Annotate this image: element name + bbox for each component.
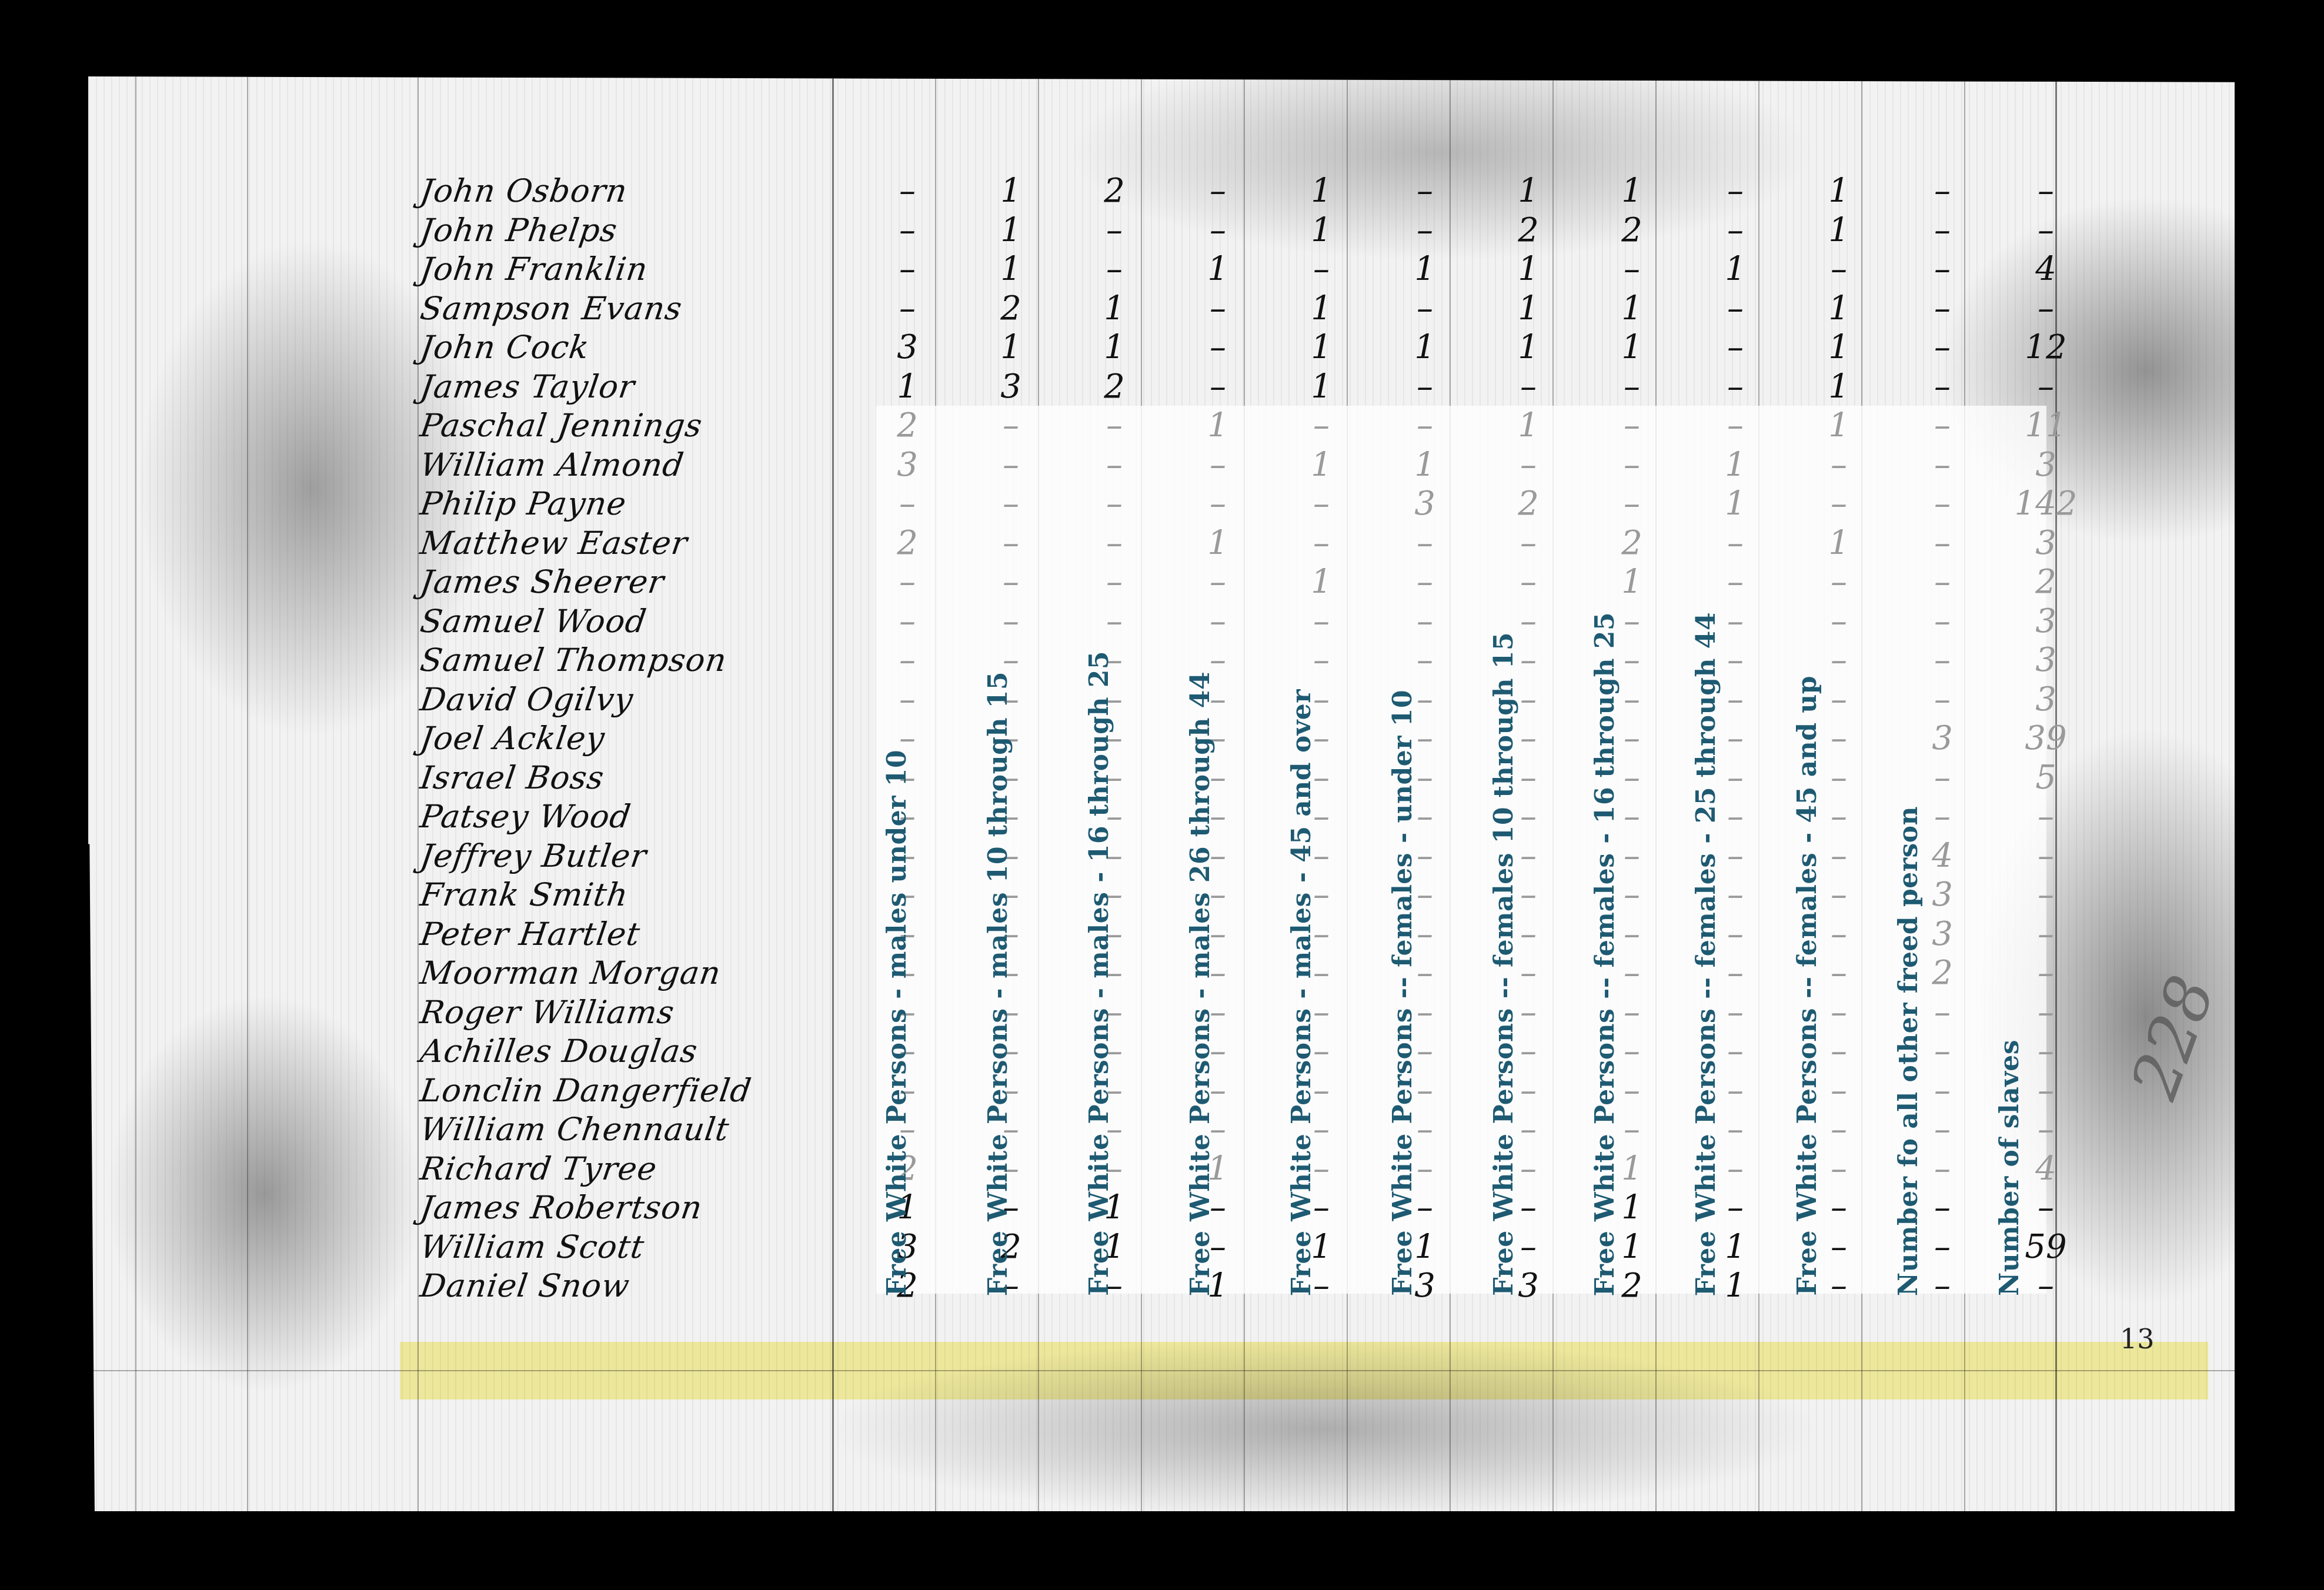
tally-cell: 1 [1684, 250, 1787, 289]
tally-cell: – [1787, 250, 1891, 289]
tally-cell: 3 [856, 446, 959, 485]
tally-cell: – [1270, 993, 1373, 1033]
tally-cell: 3 [1994, 446, 2098, 485]
tally-cell: – [1063, 641, 1166, 680]
tally-cell: 1 [1166, 250, 1270, 289]
tally-cell: – [1684, 211, 1787, 250]
tally-cell: 1 [959, 211, 1063, 250]
tally-cell: – [856, 485, 959, 524]
tally-cell: – [856, 211, 959, 250]
tally-cell: – [1166, 289, 1270, 329]
tally-cell: – [1166, 797, 1270, 837]
column-label: Free White Persons - males - 16 through … [1084, 651, 1114, 1296]
tally-cell: – [1166, 719, 1270, 759]
tally-cell: – [1166, 602, 1270, 642]
household-name: Patsey Wood [418, 797, 754, 837]
household-name: Moorman Morgan [418, 954, 754, 993]
tally-cell: – [1891, 328, 1994, 368]
tally-cell: – [1580, 446, 1684, 485]
tally-cell: – [1166, 1110, 1270, 1150]
tally-cell: – [1373, 641, 1477, 680]
tally-cell: – [1063, 1267, 1166, 1306]
tally-cell: 1 [1373, 250, 1477, 289]
tally-cell: 1 [1063, 1188, 1166, 1228]
tally-cell: – [1270, 954, 1373, 993]
tally-cell: 1 [1787, 368, 1891, 407]
tally-cell: – [1166, 485, 1270, 524]
tally-cell: 1 [1580, 328, 1684, 368]
household-name: Daniel Snow [418, 1267, 754, 1306]
tally-cell: 1 [1166, 1267, 1270, 1306]
tally-cell: 2 [1580, 524, 1684, 563]
tally-cell: – [1063, 211, 1166, 250]
tally-cell: – [1270, 1032, 1373, 1071]
tally-cell: – [1787, 641, 1891, 680]
tally-cell: 1 [1063, 1228, 1166, 1267]
tally-cell: – [1063, 602, 1166, 642]
tally-cell: 1 [1580, 289, 1684, 329]
tally-cell: 1 [1270, 328, 1373, 368]
tally-cell: 1 [1787, 524, 1891, 563]
tally-cell: 3 [1891, 719, 1994, 759]
tally-cell: 12 [1994, 328, 2098, 368]
household-name: John Franklin [418, 250, 754, 289]
tally-cell: 3 [1994, 524, 2098, 563]
tally-cell: 1 [1063, 328, 1166, 368]
tally-cell: – [856, 641, 959, 680]
tally-cell: 1 [1166, 524, 1270, 563]
tally-cell: – [856, 250, 959, 289]
tally-cell: 1 [1477, 406, 1580, 446]
tally-cell: 1 [1787, 328, 1891, 368]
tally-cell: – [959, 524, 1063, 563]
tally-cell: 2 [1477, 211, 1580, 250]
tally-cell: 1 [1477, 328, 1580, 368]
tally-cell: – [959, 446, 1063, 485]
tally-cell: 2 [1994, 563, 2098, 602]
tally-cell: – [959, 563, 1063, 602]
tally-cell: – [1373, 563, 1477, 602]
tally-cell: 2 [856, 406, 959, 446]
tally-cell: – [1166, 211, 1270, 250]
tally-cell: – [1270, 759, 1373, 798]
tally-cell: – [1270, 1110, 1373, 1150]
scanned-document: John OsbornJohn PhelpsJohn FranklinSamps… [0, 0, 2324, 1590]
tally-cell: – [1166, 876, 1270, 915]
household-names: John OsbornJohn PhelpsJohn FranklinSamps… [420, 172, 752, 1306]
tally-cell: – [1891, 524, 1994, 563]
tally-cell: – [1891, 680, 1994, 720]
tally-cell: – [1891, 563, 1994, 602]
tally-cell: – [1891, 368, 1994, 407]
tally-cell: 1 [1270, 563, 1373, 602]
table-row: –––––––––––5 [856, 759, 2098, 798]
tally-cell: – [1373, 172, 1477, 211]
tally-cell: – [1580, 250, 1684, 289]
tally-cell: – [1063, 563, 1166, 602]
tally-cell: 1 [1580, 172, 1684, 211]
tally-cell: – [1270, 719, 1373, 759]
tally-cell: – [1270, 485, 1373, 524]
tally-cell: – [1684, 328, 1787, 368]
tally-cell: 3 [959, 368, 1063, 407]
household-name: Samuel Thompson [418, 641, 754, 680]
tally-cell: – [1994, 993, 2098, 1033]
table-row: 132–1––––1–– [856, 368, 2098, 407]
tally-cell: – [1270, 1071, 1373, 1111]
tally-cell: – [1063, 759, 1166, 798]
tally-cell: 1 [1166, 1150, 1270, 1189]
tally-cell: 1 [1270, 172, 1373, 211]
tally-cell: – [1477, 368, 1580, 407]
tally-cell: – [856, 602, 959, 642]
table-row: 311–1111–1–12 [856, 328, 2098, 368]
table-row: –––––––––––3 [856, 680, 2098, 720]
tally-cell: 1 [959, 250, 1063, 289]
tally-cell: – [1270, 915, 1373, 954]
tally-cell: – [1270, 1267, 1373, 1306]
column-label: Free White Persons -- females 10 through… [1489, 632, 1519, 1296]
tally-cell: 1 [1787, 211, 1891, 250]
tally-cell: – [1270, 524, 1373, 563]
tally-cell: – [1166, 641, 1270, 680]
household-name: John Phelps [418, 211, 754, 250]
tally-cell: – [1270, 406, 1373, 446]
household-name: Philip Payne [418, 485, 754, 524]
tally-cell: – [856, 289, 959, 329]
tally-cell: – [1373, 211, 1477, 250]
tally-cell: 1 [1270, 368, 1373, 407]
tally-cell: 1 [1270, 446, 1373, 485]
tally-cell: 1 [1787, 172, 1891, 211]
tally-cell: – [1787, 485, 1891, 524]
column-rule [247, 76, 248, 1511]
tally-cell: – [1270, 641, 1373, 680]
column-label: Free White Persons - males 26 through 44 [1186, 672, 1216, 1296]
table-row: ––––––––––339 [856, 719, 2098, 759]
tally-cell: 3 [856, 328, 959, 368]
tally-cell: – [1684, 524, 1787, 563]
tally-cell: – [1166, 328, 1270, 368]
tally-cell: – [1684, 406, 1787, 446]
tally-cell: – [1891, 485, 1994, 524]
tally-cell: – [1063, 406, 1166, 446]
household-name: Peter Hartlet [418, 915, 754, 954]
tally-cell: – [1373, 406, 1477, 446]
tally-cell: – [1270, 837, 1373, 876]
tally-cell: 3 [1994, 641, 2098, 680]
tally-cell: 5 [1994, 759, 2098, 798]
column-label: Free White Persons -- females - under 10 [1388, 690, 1418, 1296]
tally-cell: – [1891, 250, 1994, 289]
tally-cell: – [1373, 368, 1477, 407]
tally-cell: – [1063, 485, 1166, 524]
tally-cell: 2 [1063, 172, 1166, 211]
tally-cell: 1 [1580, 563, 1684, 602]
tally-cell: – [1580, 368, 1684, 407]
tally-cell: – [1787, 602, 1891, 642]
tally-cell: 1 [1787, 406, 1891, 446]
tally-cell: 1 [959, 328, 1063, 368]
tally-cell: – [1166, 446, 1270, 485]
tally-cell: 1 [1477, 289, 1580, 329]
column-label: Free White Persons -- females - 25 throu… [1691, 612, 1721, 1296]
household-name: William Almond [418, 446, 754, 485]
tally-cell: – [1477, 524, 1580, 563]
tally-cell: – [1063, 837, 1166, 876]
household-name: William Chennault [418, 1110, 754, 1150]
tally-cell: – [1580, 485, 1684, 524]
tally-cell: – [1063, 524, 1166, 563]
tally-cell: 11 [1994, 406, 2098, 446]
tally-cell: 1 [959, 172, 1063, 211]
column-label: Number fo all other freed person [1894, 806, 1924, 1296]
tally-cell: – [1787, 563, 1891, 602]
tally-cell: – [1994, 837, 2098, 876]
table-row: 3–––11––1––3 [856, 446, 2098, 485]
tally-cell: – [1684, 289, 1787, 329]
household-name: Paschal Jennings [418, 406, 754, 446]
tally-cell: – [1477, 446, 1580, 485]
tally-cell: – [1063, 876, 1166, 915]
tally-cell: – [1373, 524, 1477, 563]
tally-cell: – [1063, 954, 1166, 993]
household-name: William Scott [418, 1228, 754, 1267]
margin-mark: 13 [2120, 1323, 2155, 1355]
tally-cell: – [1994, 797, 2098, 837]
column-label: Number of slaves [1995, 1040, 2025, 1296]
tally-cell: – [1891, 602, 1994, 642]
column-label: Free White Persons -- females - 45 and u… [1792, 676, 1822, 1296]
tally-cell: 1 [1787, 289, 1891, 329]
tally-cell: – [856, 563, 959, 602]
tally-cell: 2 [959, 289, 1063, 329]
tally-cell: 3 [1994, 680, 2098, 720]
tally-cell: – [1270, 1188, 1373, 1228]
tally-cell: – [1373, 602, 1477, 642]
household-name: Joel Ackley [418, 719, 754, 759]
tally-cell: 2 [1063, 368, 1166, 407]
tally-cell: – [1270, 876, 1373, 915]
tally-cell: – [1166, 993, 1270, 1033]
tally-cell: – [959, 485, 1063, 524]
tally-cell: – [1994, 368, 2098, 407]
tally-cell: 3 [1373, 485, 1477, 524]
tally-cell: – [1063, 797, 1166, 837]
tally-cell: – [1891, 406, 1994, 446]
tally-cell: 1 [1166, 406, 1270, 446]
tally-cell: – [1477, 563, 1580, 602]
column-rule [135, 76, 136, 1511]
tally-cell: 3 [1994, 602, 2098, 642]
tally-cell: – [1166, 915, 1270, 954]
household-name: Achilles Douglas [418, 1032, 754, 1071]
tally-cell: – [1166, 1188, 1270, 1228]
tally-cell: – [1684, 563, 1787, 602]
tally-cell: – [1270, 680, 1373, 720]
tally-cell: – [1063, 993, 1166, 1033]
tally-cell: – [1166, 837, 1270, 876]
tally-cell: – [1684, 368, 1787, 407]
tally-cell: – [1063, 680, 1166, 720]
tally-cell: – [1063, 446, 1166, 485]
tally-cell: – [1270, 797, 1373, 837]
tally-cell: – [856, 172, 959, 211]
table-row: –––––––––––3 [856, 641, 2098, 680]
table-row: –1––1–22–1–– [856, 211, 2098, 250]
household-name: David Ogilvy [418, 680, 754, 720]
tally-cell: 1 [1270, 211, 1373, 250]
column-rule [832, 76, 834, 1511]
tally-cell: 2 [1580, 211, 1684, 250]
column-label: Free White Persons - males 10 through 15 [983, 672, 1013, 1296]
table-row: –21–1–11–1–– [856, 289, 2098, 329]
household-name: Sampson Evans [418, 289, 754, 329]
tally-cell: – [1063, 1071, 1166, 1111]
tally-cell: – [1787, 446, 1891, 485]
tally-cell: 1 [1270, 1228, 1373, 1267]
tally-cell: – [1063, 1110, 1166, 1150]
tally-cell: 1 [1477, 250, 1580, 289]
tally-cell: – [1166, 563, 1270, 602]
tally-cell: – [1891, 211, 1994, 250]
tally-cell: – [1166, 1228, 1270, 1267]
tally-cell: 1 [1373, 328, 1477, 368]
household-name: John Osborn [418, 172, 754, 211]
tally-cell: – [1994, 915, 2098, 954]
tally-cell: – [1166, 680, 1270, 720]
tally-cell: – [1994, 211, 2098, 250]
household-name: Lonclin Dangerfield [418, 1071, 754, 1111]
table-row: 2––1–––2–1–3 [856, 524, 2098, 563]
tally-cell: 1 [1684, 446, 1787, 485]
tally-cell: – [1063, 1032, 1166, 1071]
tally-cell: – [1994, 876, 2098, 915]
table-row: –––––––––––3 [856, 602, 2098, 642]
household-name: James Robertson [418, 1188, 754, 1228]
tally-cell: 142 [1994, 485, 2098, 524]
tally-cell: – [1166, 954, 1270, 993]
tally-cell: – [1891, 759, 1994, 798]
table-row: –12–1–11–1–– [856, 172, 2098, 211]
table-row: –––––32–1––142 [856, 485, 2098, 524]
tally-cell: – [1891, 172, 1994, 211]
tally-cell: – [1063, 1150, 1166, 1189]
tally-cell: 1 [1684, 485, 1787, 524]
tally-cell: 4 [1994, 250, 2098, 289]
household-name: Richard Tyree [418, 1150, 754, 1189]
tally-cell: – [1684, 172, 1787, 211]
household-name: Frank Smith [418, 876, 754, 915]
table-row: 2––1––1––1–11 [856, 406, 2098, 446]
household-name: James Taylor [418, 368, 754, 407]
tally-cell: – [1994, 954, 2098, 993]
tally-cell: – [1270, 250, 1373, 289]
table-row: ––––1––1–––2 [856, 563, 2098, 602]
column-label: Free White Persons -- females - 16 throu… [1590, 612, 1620, 1296]
household-name: Matthew Easter [418, 524, 754, 563]
table-row: –1–1–11–1––4 [856, 250, 2098, 289]
tally-cell: 39 [1994, 719, 2098, 759]
tally-cell: – [1270, 1150, 1373, 1189]
tally-cell: – [1994, 289, 2098, 329]
tally-cell: – [1063, 250, 1166, 289]
tally-cell: 1 [1270, 289, 1373, 329]
household-name: James Sheerer [418, 563, 754, 602]
tally-cell: – [1270, 602, 1373, 642]
tally-cell: – [1891, 289, 1994, 329]
household-name: Jeffrey Butler [418, 837, 754, 876]
tally-cell: 2 [856, 524, 959, 563]
household-name: Israel Boss [418, 759, 754, 798]
tally-cell: – [1166, 172, 1270, 211]
tally-cell: – [1994, 172, 2098, 211]
tally-cell: – [1891, 446, 1994, 485]
tally-cell: – [1166, 1071, 1270, 1111]
tally-cell: – [1580, 406, 1684, 446]
tally-cell: – [1891, 641, 1994, 680]
tally-cell: 1 [1373, 446, 1477, 485]
tally-cell: – [1166, 368, 1270, 407]
tally-cell: – [1063, 915, 1166, 954]
tally-cell: – [1166, 1032, 1270, 1071]
tally-cell: – [856, 680, 959, 720]
household-name: Samuel Wood [418, 602, 754, 642]
tally-cell: 1 [1477, 172, 1580, 211]
tally-cell: – [1373, 289, 1477, 329]
tally-cell: 2 [1477, 485, 1580, 524]
household-name: Roger Williams [418, 993, 754, 1033]
tally-cell: 1 [1063, 289, 1166, 329]
column-label: Free White Persons - males under 10 [882, 750, 912, 1296]
tally-cell: – [959, 602, 1063, 642]
column-label: Free White Persons - males - 45 and over [1287, 689, 1317, 1296]
tally-cell: 1 [856, 368, 959, 407]
highlighted-row [400, 1342, 2208, 1399]
tally-cell: – [1063, 719, 1166, 759]
tally-cell: – [959, 406, 1063, 446]
tally-cell: – [1166, 759, 1270, 798]
household-name: John Cock [418, 328, 754, 368]
